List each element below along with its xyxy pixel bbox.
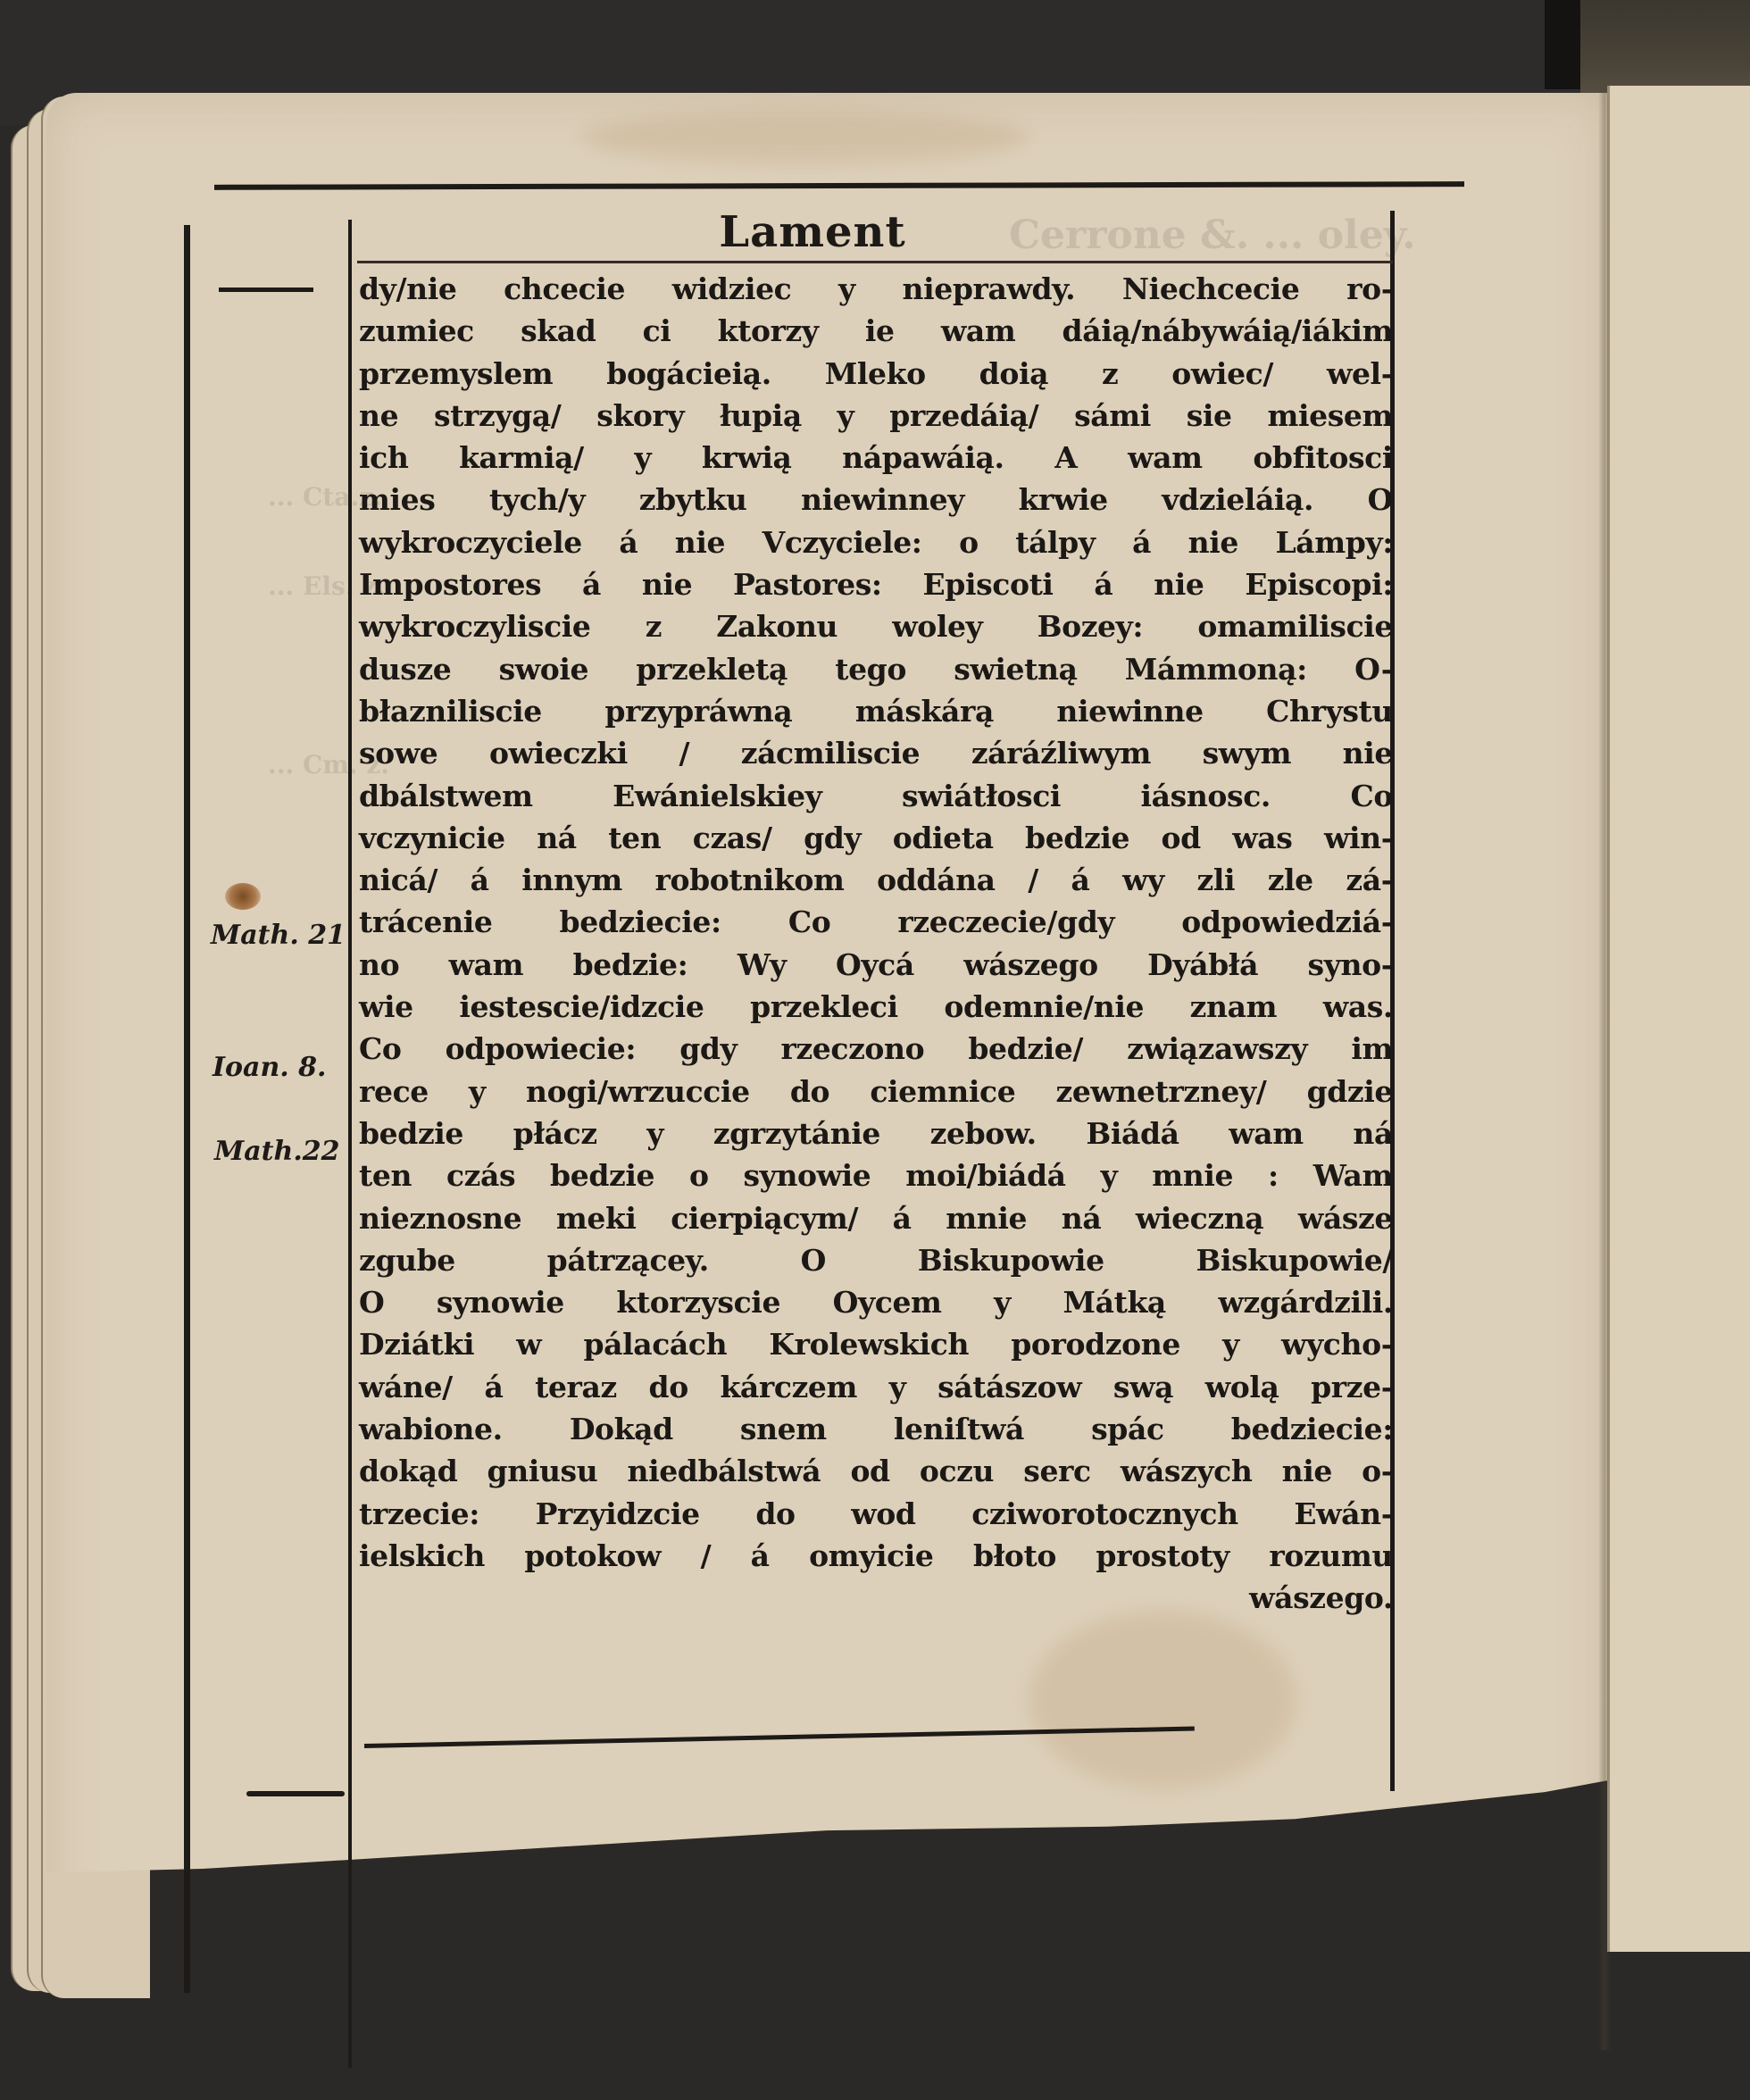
text-line: dy/nie chcecie widziec y nieprawdy. Niec…: [359, 268, 1393, 310]
text-line: trácenie bedziecie: Co rzeczecie/gdy odp…: [359, 901, 1393, 943]
text-line: dusze swoie przekletą tego swietną Mámmo…: [359, 648, 1393, 690]
header-underline: [357, 261, 1393, 263]
bleed-through-heading: Cerrone &. ... oley.: [1009, 212, 1416, 258]
binding-gap: [1545, 0, 1580, 89]
gutter-crease: [1598, 86, 1611, 2050]
text-line: wáne/ á teraz do kárczem y sátászow swą …: [359, 1366, 1393, 1408]
text-line: zgube pátrzącey. O Biskupowie Biskupowie…: [359, 1239, 1393, 1281]
text-line: bedzie płácz y zgrzytánie zebow. Biádá w…: [359, 1112, 1393, 1154]
text-line: rece y nogi/wrzuccie do ciemnice zewnetr…: [359, 1071, 1393, 1112]
text-line: ich karmią/ y krwią nápawáią. A wam obfi…: [359, 437, 1393, 479]
text-line: no wam bedzie: Wy Oycá wászego Dyábłá sy…: [359, 944, 1393, 986]
text-line: nieznosne meki cierpiącym/ á mnie ná wie…: [359, 1197, 1393, 1239]
text-line: ielskich potokow / á omyicie błoto prost…: [359, 1535, 1393, 1577]
text-line: błazniliscie przypráwną máskárą niewinne…: [359, 690, 1393, 732]
text-line: ne strzygą/ skory łupią y przedáią/ sámi…: [359, 395, 1393, 437]
margin-note-math-22: Math.22: [214, 1136, 340, 1167]
body-text: dy/nie chcecie widziec y nieprawdy. Niec…: [359, 268, 1393, 1620]
margin-note-math-21: Math. 21: [211, 920, 346, 951]
text-line: vczynicie ná ten czas/ gdy odieta bedzie…: [359, 817, 1393, 859]
text-line: O synowie ktorzyscie Oycem y Mátką wzgár…: [359, 1281, 1393, 1323]
text-line: mies tych/y zbytku niewinney krwie vdzie…: [359, 479, 1393, 521]
foxing-spot: [225, 883, 261, 910]
text-line: ten czás bedzie o synowie moi/biádá y mn…: [359, 1154, 1393, 1196]
text-line: Impostores á nie Pastores: Episcoti á ni…: [359, 563, 1393, 605]
text-line: przemyslem bogácieią. Mleko doią z owiec…: [359, 353, 1393, 395]
text-line: Co odpowiecie: gdy rzeczono bedzie/ zwią…: [359, 1028, 1393, 1070]
text-line: wabione. Dokąd snem leniſtwá spác bedzie…: [359, 1408, 1393, 1450]
text-line: Dziátki w pálacách Krolewskich porodzone…: [359, 1323, 1393, 1365]
margin-note-ioan-8: Ioan. 8.: [212, 1052, 327, 1083]
outer-margin-rule: [184, 225, 190, 1993]
text-line-final: wászego.: [359, 1577, 1393, 1619]
margin-top-rule: [219, 287, 313, 292]
water-stain: [1029, 1611, 1296, 1789]
running-head: Lament: [696, 207, 929, 257]
facing-page-edge: [1607, 86, 1750, 1952]
text-line: trzecie: Przyidzcie do wod cziworotoczny…: [359, 1493, 1393, 1535]
text-line: dokąd gniusu niedbálstwá od oczu serc wá…: [359, 1450, 1393, 1492]
text-line: dbálstwem Ewánielskiey swiátłosci iásnos…: [359, 775, 1393, 817]
text-line: wykroczyliscie z Zakonu woley Bozey: oma…: [359, 605, 1393, 647]
inner-margin-rule: [348, 220, 352, 2068]
text-line: wykroczyciele á nie Vczyciele: o tálpy á…: [359, 521, 1393, 563]
text-line: sowe owieczki / zácmiliscie záráźliwym s…: [359, 732, 1393, 774]
margin-bottom-rule: [246, 1791, 345, 1796]
text-line: wie iestescie/idzcie przekleci odemnie/n…: [359, 986, 1393, 1028]
text-line: nicá/ á innym robotnikom oddána / á wy z…: [359, 859, 1393, 901]
text-line: zumiec skad ci ktorzy ie wam dáią/nábywá…: [359, 310, 1393, 352]
water-stain: [582, 111, 1029, 164]
